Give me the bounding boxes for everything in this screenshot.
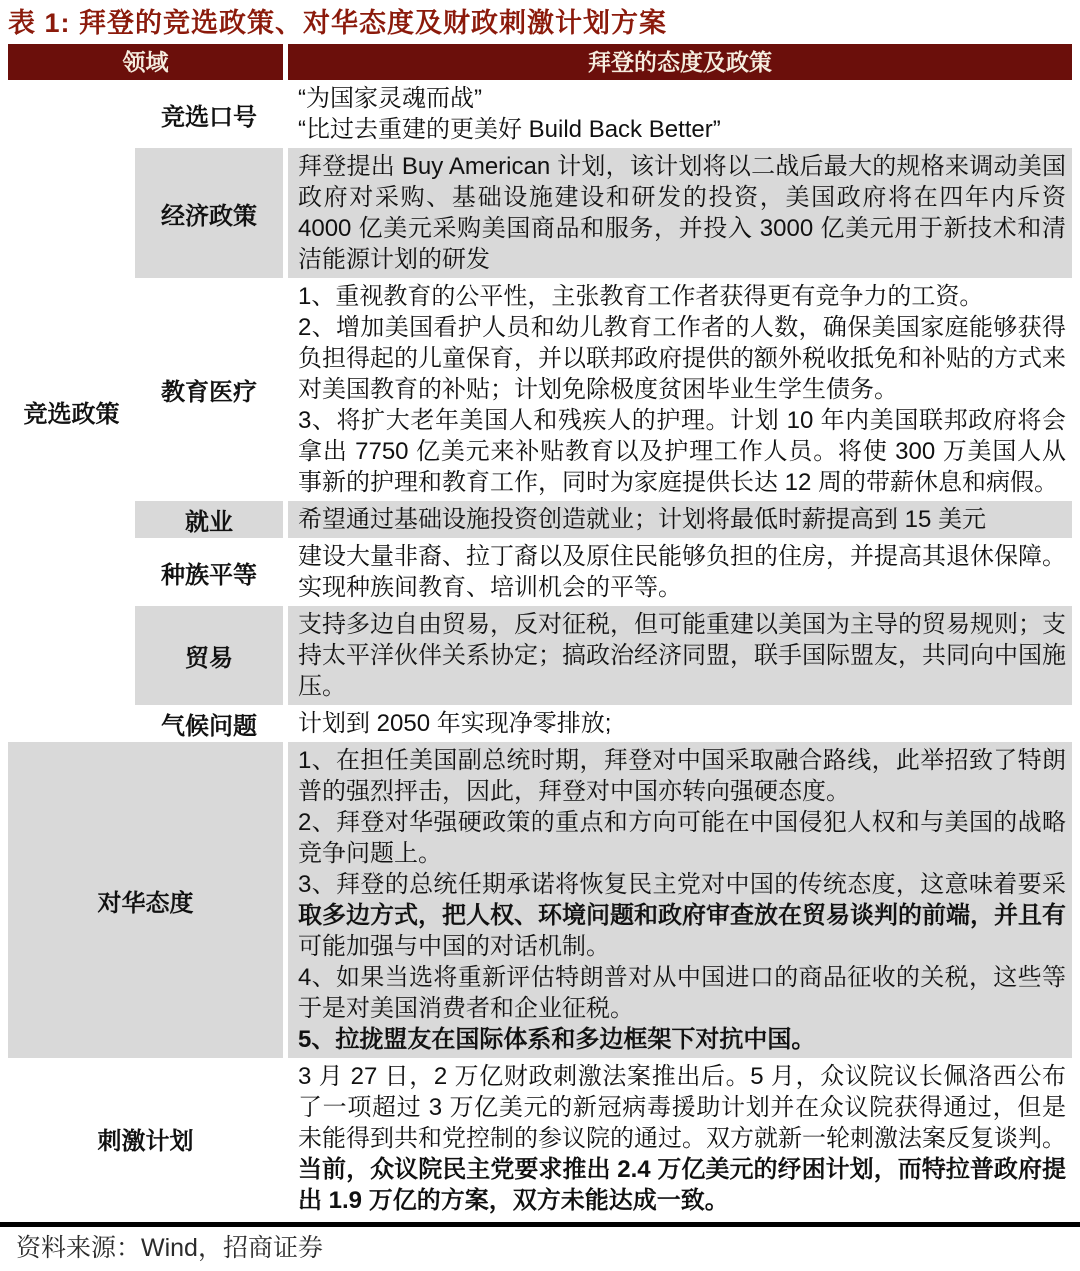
table-header-policy: 拜登的态度及政策 <box>288 44 1072 80</box>
text-segment: 拜登提出 Buy American 计划，该计划将以二战后最大的规格来调动美国政… <box>298 153 1066 273</box>
row-content-slogan: “为国家灵魂而战” “比过去重建的更美好 Build Back Better” <box>288 80 1072 148</box>
text-segment: 可能加强与中国的对话机制。 <box>298 933 610 960</box>
text-segment: “为国家灵魂而战” <box>298 85 482 112</box>
table-title: 表 1: 拜登的竞选政策、对华态度及财政刺激计划方案 <box>0 0 1080 44</box>
table-row-education: 教育医疗 1、重视教育的公平性，主张教育工作者获得更有竞争力的工资。 2、增加美… <box>135 278 1072 501</box>
text-segment: “比过去重建的更美好 Build Back Better” <box>298 116 721 143</box>
row-content-racial-equality: 建设大量非裔、拉丁裔以及原住民能够负担的住房，并提高其退休保障。实现种族间教育、… <box>288 538 1072 606</box>
text-segment: 建设大量非裔、拉丁裔以及原住民能够负担的住房，并提高其退休保障。实现种族间教育、… <box>298 543 1066 601</box>
row-label-economy: 经济政策 <box>135 148 283 278</box>
text-segment: 3、将扩大老年美国人和残疾人的护理。计划 10 年内美国联邦政府将会拿出 775… <box>298 407 1066 496</box>
report-page: 表 1: 拜登的竞选政策、对华态度及财政刺激计划方案 领域 拜登的态度及政策 竞… <box>0 0 1080 1271</box>
text-segment: 3、拜登的总统任期承诺将恢复民主党对中国的传统态度，这意味着要采 <box>298 871 1066 898</box>
row-label-stimulus: 刺激计划 <box>8 1058 283 1219</box>
row-label-racial-equality: 种族平等 <box>135 538 283 606</box>
text-segment: 4、如果当选将重新评估特朗普对从中国进口的商品征收的关税，这些等于是对美国消费者… <box>298 964 1066 1022</box>
row-content-education: 1、重视教育的公平性，主张教育工作者获得更有竞争力的工资。 2、增加美国看护人员… <box>288 278 1072 501</box>
text-segment: 1、重视教育的公平性，主张教育工作者获得更有竞争力的工资。 <box>298 283 983 310</box>
row-content-trade: 支持多边自由贸易，反对征税，但可能重建以美国为主导的贸易规则；支持太平洋伙伴关系… <box>288 606 1072 705</box>
table-header-row: 领域 拜登的态度及政策 <box>8 44 1072 80</box>
campaign-rows: 竞选口号 “为国家灵魂而战” “比过去重建的更美好 Build Back Bet… <box>135 80 1072 742</box>
table-row-trade: 贸易 支持多边自由贸易，反对征税，但可能重建以美国为主导的贸易规则；支持太平洋伙… <box>135 606 1072 705</box>
table-row-economy: 经济政策 拜登提出 Buy American 计划，该计划将以二战后最大的规格来… <box>135 148 1072 278</box>
section-stimulus-plan: 刺激计划 3 月 27 日，2 万亿财政刺激法案推出后。5 月，众议院议长佩洛西… <box>8 1058 1072 1219</box>
row-label-china-attitude: 对华态度 <box>8 742 283 1058</box>
group-label-campaign: 竞选政策 <box>8 80 135 742</box>
row-label-slogan: 竞选口号 <box>135 80 283 148</box>
section-china-attitude: 对华态度 1、在担任美国副总统时期，拜登对中国采取融合路线，此举招致了特朗普的强… <box>8 742 1072 1058</box>
text-segment: 支持多边自由贸易，反对征税，但可能重建以美国为主导的贸易规则；支持太平洋伙伴关系… <box>298 611 1066 700</box>
data-source-note: 资料来源：Wind，招商证券 <box>0 1227 1080 1271</box>
row-label-climate: 气候问题 <box>135 705 283 742</box>
text-segment-bold: 当前，众议院民主党要求推出 2.4 万亿美元的纾困计划，而特拉普政府提出 1.9… <box>298 1156 1066 1214</box>
policy-table: 领域 拜登的态度及政策 竞选政策 竞选口号 “为国家灵魂而战” “比过去重建的更… <box>8 44 1072 1219</box>
text-segment-bold: 5、拉拢盟友在国际体系和多边框架下对抗中国。 <box>298 1026 815 1053</box>
table-row-slogan: 竞选口号 “为国家灵魂而战” “比过去重建的更美好 Build Back Bet… <box>135 80 1072 148</box>
row-content-economy: 拜登提出 Buy American 计划，该计划将以二战后最大的规格来调动美国政… <box>288 148 1072 278</box>
text-segment: 计划到 2050 年实现净零排放; <box>298 710 611 737</box>
text-segment: 希望通过基础设施投资创造就业；计划将最低时薪提高到 15 美元 <box>298 506 986 533</box>
row-content-china-attitude: 1、在担任美国副总统时期，拜登对中国采取融合路线，此举招致了特朗普的强烈抨击，因… <box>288 742 1072 1058</box>
table-row-employment: 就业 希望通过基础设施投资创造就业；计划将最低时薪提高到 15 美元 <box>135 501 1072 538</box>
table-row-racial-equality: 种族平等 建设大量非裔、拉丁裔以及原住民能够负担的住房，并提高其退休保障。实现种… <box>135 538 1072 606</box>
row-label-trade: 贸易 <box>135 606 283 705</box>
row-label-education: 教育医疗 <box>135 278 283 501</box>
row-label-employment: 就业 <box>135 501 283 538</box>
row-content-stimulus: 3 月 27 日，2 万亿财政刺激法案推出后。5 月，众议院议长佩洛西公布了一项… <box>288 1058 1072 1219</box>
table-row-climate: 气候问题 计划到 2050 年实现净零排放; <box>135 705 1072 742</box>
table-header-domain: 领域 <box>8 44 283 80</box>
row-content-climate: 计划到 2050 年实现净零排放; <box>288 705 1072 742</box>
text-segment: 1、在担任美国副总统时期，拜登对中国采取融合路线，此举招致了特朗普的强烈抨击，因… <box>298 747 1066 805</box>
text-segment: 2、增加美国看护人员和幼儿教育工作者的人数，确保美国家庭能够获得负担得起的儿童保… <box>298 314 1066 403</box>
row-content-employment: 希望通过基础设施投资创造就业；计划将最低时薪提高到 15 美元 <box>288 501 1072 538</box>
section-campaign-policy: 竞选政策 竞选口号 “为国家灵魂而战” “比过去重建的更美好 Build Bac… <box>8 80 1072 742</box>
text-segment: 3 月 27 日，2 万亿财政刺激法案推出后。5 月，众议院议长佩洛西公布了一项… <box>298 1063 1066 1152</box>
text-segment-bold: 取多边方式，把人权、环境问题和政府审查放在贸易谈判的前端，并且有 <box>298 902 1066 929</box>
text-segment: 2、拜登对华强硬政策的重点和方向可能在中国侵犯人权和与美国的战略竞争问题上。 <box>298 809 1066 867</box>
